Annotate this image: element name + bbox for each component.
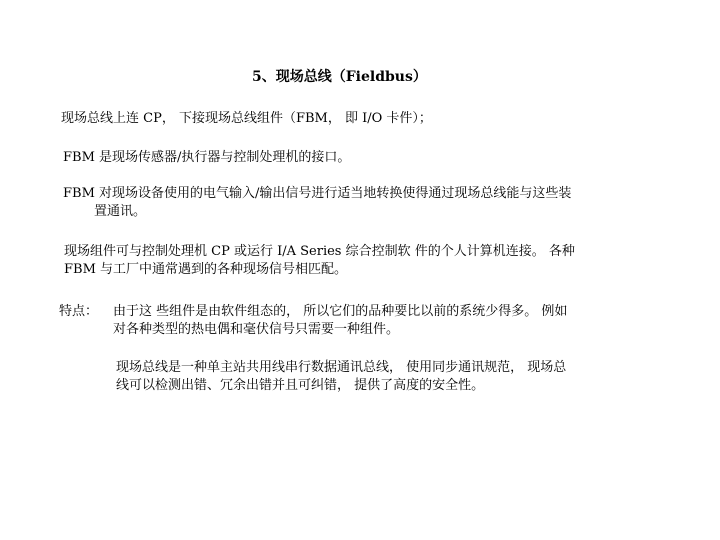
paragraph-line: 现场组件可与控制处理机 CP 或运行 I/A Series 综合控制软 件的个人… <box>64 243 575 261</box>
paragraph-line: 现场总线上连 CP， 下接现场总线组件（FBM， 即 I/O 卡件）； <box>61 110 432 128</box>
features-label: 特点： <box>59 303 113 321</box>
paragraph-line: 对各种类型的热电偶和毫伏信号只需要一种组件。 <box>59 321 567 339</box>
slide-title: 5、现场总线（Fieldbus） <box>252 68 427 86</box>
paragraph-line: FBM 与工厂中通常遇到的各种现场信号相匹配。 <box>64 261 575 279</box>
paragraph-fbm-interface: FBM 是现场传感器/执行器与控制处理机的接口。 <box>63 149 350 167</box>
paragraph-features: 特点：由于这 些组件是由软件组态的， 所以它们的品种要比以前的系统少得多。 例如… <box>59 303 567 339</box>
paragraph-cp-connection: 现场总线上连 CP， 下接现场总线组件（FBM， 即 I/O 卡件）； <box>61 110 432 128</box>
paragraph-line: FBM 是现场传感器/执行器与控制处理机的接口。 <box>63 149 350 167</box>
paragraph-line: FBM 对现场设备使用的电气输入/输出信号进行适当地转换使得通过现场总线能与这些… <box>63 185 571 203</box>
paragraph-field-components: 现场组件可与控制处理机 CP 或运行 I/A Series 综合控制软 件的个人… <box>64 243 575 279</box>
paragraph-line: 置通讯。 <box>63 203 571 221</box>
paragraph-fbm-conversion: FBM 对现场设备使用的电气输入/输出信号进行适当地转换使得通过现场总线能与这些… <box>63 185 571 221</box>
paragraph-line: 特点：由于这 些组件是由软件组态的， 所以它们的品种要比以前的系统少得多。 例如 <box>59 303 567 321</box>
paragraph-line: 线可以检测出错、冗余出错并且可纠错， 提供了高度的安全性。 <box>116 377 566 395</box>
paragraph-fieldbus-description: 现场总线是一种单主站共用线串行数据通讯总线， 使用同步通讯规范， 现场总 线可以… <box>116 359 566 395</box>
paragraph-line: 现场总线是一种单主站共用线串行数据通讯总线， 使用同步通讯规范， 现场总 <box>116 359 566 377</box>
slide: 5、现场总线（Fieldbus） 现场总线上连 CP， 下接现场总线组件（FBM… <box>0 0 720 540</box>
paragraph-line-text: 由于这 些组件是由软件组态的， 所以它们的品种要比以前的系统少得多。 例如 <box>113 304 567 319</box>
